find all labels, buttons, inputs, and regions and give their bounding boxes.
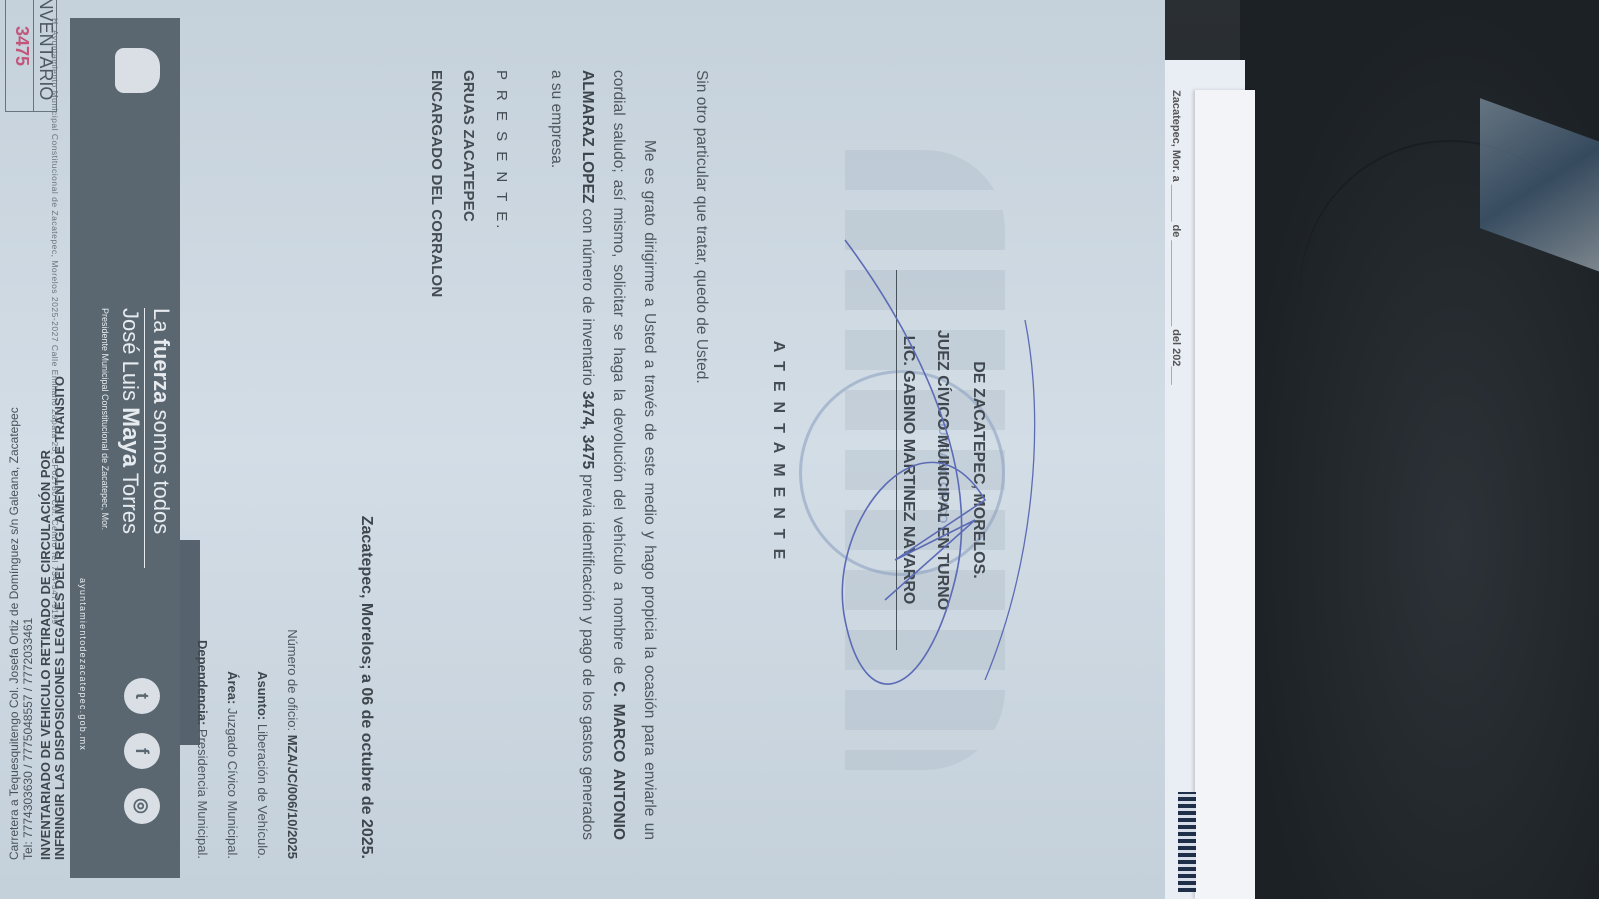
letter-body: Me es grato dirigirme a Usted a través d…	[535, 70, 665, 840]
signer-title: JUEZ CÍVICO MUNICIPAL EN TURNO	[925, 260, 959, 680]
footer-website: ayuntamientodezacatepec.gob.mx	[78, 578, 88, 751]
footer-president-title: Presidente Municipal Constitucional de Z…	[100, 308, 110, 530]
meta-oficio: Número de oficio: MZA/JC/006/10/2025	[285, 629, 300, 859]
recipient-line3: P R E S E N T E.	[493, 70, 510, 231]
footer-banner: La fuerza somos todos José Luis Maya Tor…	[70, 18, 180, 878]
signer-place: DE ZACATEPEC, MORELOS.	[961, 260, 995, 680]
document-photo: INVENTARIO 3475 INVENTARIADO DE VEHICULO…	[0, 0, 1165, 899]
underlying-paper-edge	[1195, 90, 1255, 899]
closing-line: Sin otro particular que tratar, quedo de…	[692, 70, 710, 384]
instagram-icon: ◎	[124, 788, 160, 824]
mascot-icon	[115, 48, 160, 93]
footer-rule	[144, 308, 145, 568]
inventory-number: 3475	[11, 0, 32, 111]
footer-president: José Luis Maya Torres	[116, 308, 144, 534]
header-address: Carretera a Tequesquitengo Col. Josefa O…	[7, 300, 35, 860]
twitter-icon: t	[124, 678, 160, 714]
recipient-line1: ENCARGADO DEL CORRALON	[428, 70, 445, 297]
qr-code	[1178, 792, 1196, 892]
official-letter: INVENTARIO 3475 INVENTARIADO DE VEHICULO…	[0, 0, 1165, 899]
footer-slogan: La fuerza somos todos	[148, 308, 174, 534]
atentamente: ATENTAMENTE	[769, 330, 787, 580]
meta-dependencia: Dependencia: Presidencia Municipal.	[195, 640, 210, 859]
meta-asunto: Asunto: Liberación de Vehículo.	[255, 671, 270, 859]
date-line: Zacatepec, Morelos; a 06 de octubre de 2…	[357, 516, 375, 859]
footer-address: H. Ayuntamiento Municipal Constitucional…	[50, 18, 60, 898]
recipient-line2: GRUAS ZACATEPEC	[460, 70, 477, 222]
meta-area: Área: Juzgado Cívico Municipal.	[225, 671, 240, 859]
facebook-icon: f	[124, 733, 160, 769]
signer-name: LIC. GABINO MARTINEZ NAVARRO	[891, 260, 925, 680]
